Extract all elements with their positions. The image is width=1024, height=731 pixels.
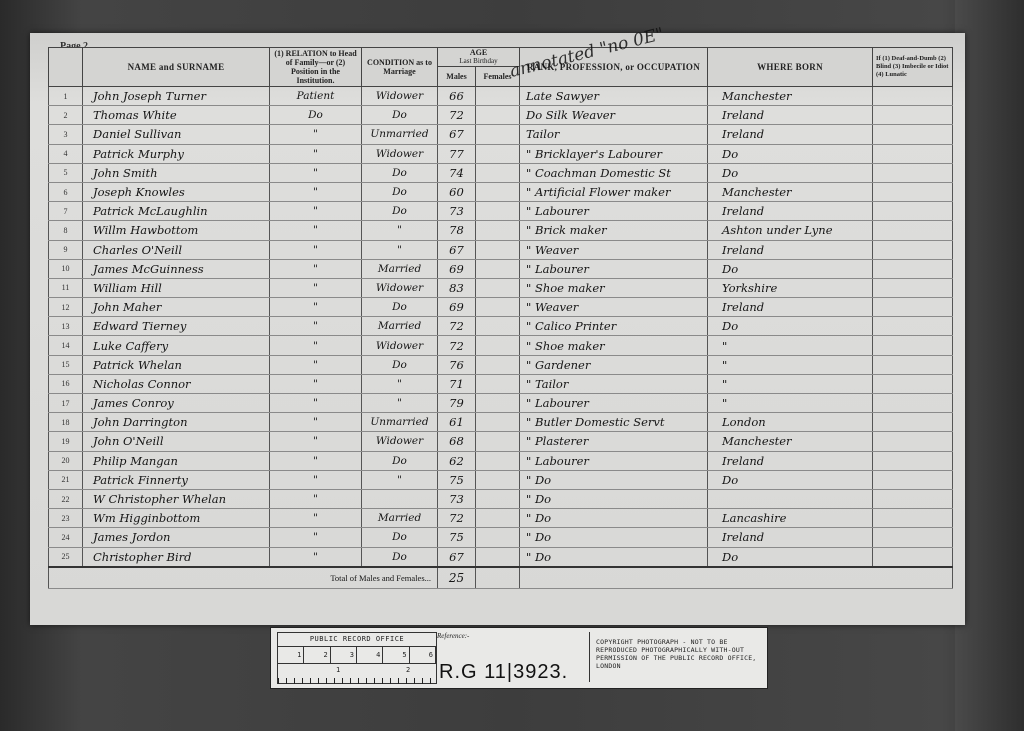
- marital-condition-cell: Widower: [362, 278, 438, 297]
- table-row: 15Patrick Whelan"Do76" Gardener": [49, 355, 953, 374]
- table-row: 18John Darrington"Unmarried61" Butler Do…: [49, 413, 953, 432]
- cm-mark: 3: [331, 647, 357, 663]
- person-name-cell: Willm Hawbottom: [83, 221, 270, 240]
- marital-condition-cell: Married: [362, 317, 438, 336]
- female-age-cell: [476, 470, 520, 489]
- male-age-cell: 67: [438, 547, 476, 567]
- reference-box: Reference:- R.G 11|3923.: [437, 632, 587, 682]
- birthplace-cell: Do: [708, 547, 873, 567]
- male-age-cell: 60: [438, 182, 476, 201]
- relation-cell: ": [270, 432, 362, 451]
- marital-condition-cell: Do: [362, 528, 438, 547]
- female-age-cell: [476, 432, 520, 451]
- infirmity-cell: [873, 163, 953, 182]
- marital-condition-cell: Do: [362, 163, 438, 182]
- table-row: 20Philip Mangan"Do62" LabourerIreland: [49, 451, 953, 470]
- marital-condition-cell: Do: [362, 355, 438, 374]
- reference-value: R.G 11|3923.: [439, 661, 568, 684]
- infirmity-cell: [873, 278, 953, 297]
- marital-condition-cell: Widower: [362, 87, 438, 106]
- birthplace-cell: Ireland: [708, 528, 873, 547]
- relation-cell: ": [270, 413, 362, 432]
- female-age-cell: [476, 125, 520, 144]
- male-age-cell: 79: [438, 394, 476, 413]
- person-name-cell: John Maher: [83, 298, 270, 317]
- header-condition: CONDITION as to Marriage: [362, 48, 438, 87]
- male-age-cell: 78: [438, 221, 476, 240]
- occupation-cell: " Labourer: [520, 451, 708, 470]
- female-age-cell: [476, 413, 520, 432]
- cm-mark: 2: [304, 647, 330, 663]
- person-name-cell: W Christopher Whelan: [83, 489, 270, 508]
- person-name-cell: James McGuinness: [83, 259, 270, 278]
- relation-cell: ": [270, 259, 362, 278]
- relation-cell: ": [270, 547, 362, 567]
- total-label: Total of Males and Females...: [49, 567, 438, 589]
- occupation-cell: " Labourer: [520, 394, 708, 413]
- census-table: NAME and SURNAME (1) RELATION to Head of…: [48, 47, 953, 589]
- relation-cell: ": [270, 509, 362, 528]
- infirmity-cell: [873, 355, 953, 374]
- male-age-cell: 75: [438, 470, 476, 489]
- table-row: 3Daniel Sullivan"Unmarried67TailorIrelan…: [49, 125, 953, 144]
- infirmity-cell: [873, 317, 953, 336]
- row-number-cell: 6: [49, 182, 83, 201]
- birthplace-cell: Do: [708, 317, 873, 336]
- person-name-cell: Joseph Knowles: [83, 182, 270, 201]
- total-row: Total of Males and Females...25: [49, 567, 953, 589]
- reference-label: Reference:-: [437, 632, 587, 640]
- header-relation: (1) RELATION to Head of Family—or (2) Po…: [270, 48, 362, 87]
- male-age-cell: 73: [438, 489, 476, 508]
- relation-cell: ": [270, 182, 362, 201]
- row-number-cell: 23: [49, 509, 83, 528]
- marital-condition-cell: Unmarried: [362, 413, 438, 432]
- birthplace-cell: Manchester: [708, 182, 873, 201]
- marital-condition-cell: Widower: [362, 144, 438, 163]
- occupation-cell: " Do: [520, 547, 708, 567]
- male-age-cell: 75: [438, 528, 476, 547]
- female-age-cell: [476, 221, 520, 240]
- male-age-cell: 72: [438, 317, 476, 336]
- person-name-cell: Daniel Sullivan: [83, 125, 270, 144]
- birthplace-cell: ": [708, 394, 873, 413]
- male-age-cell: 77: [438, 144, 476, 163]
- relation-cell: ": [270, 317, 362, 336]
- table-row: 17James Conroy""79" Labourer": [49, 394, 953, 413]
- table-row: 24James Jordon"Do75" DoIreland: [49, 528, 953, 547]
- copyright-notice: COPYRIGHT PHOTOGRAPH - NOT TO BE REPRODU…: [589, 632, 761, 682]
- marital-condition-cell: ": [362, 374, 438, 393]
- marital-condition-cell: Do: [362, 182, 438, 201]
- marital-condition-cell: Do: [362, 106, 438, 125]
- person-name-cell: Philip Mangan: [83, 451, 270, 470]
- occupation-cell: Do Silk Weaver: [520, 106, 708, 125]
- relation-cell: ": [270, 298, 362, 317]
- occupation-cell: " Shoe maker: [520, 278, 708, 297]
- male-age-cell: 74: [438, 163, 476, 182]
- infirmity-cell: [873, 489, 953, 508]
- row-number-cell: 5: [49, 163, 83, 182]
- header-age-title: AGE: [441, 48, 516, 57]
- person-name-cell: William Hill: [83, 278, 270, 297]
- birthplace-cell: Ireland: [708, 125, 873, 144]
- birthplace-cell: Ireland: [708, 106, 873, 125]
- infirmity-cell: [873, 374, 953, 393]
- female-age-cell: [476, 509, 520, 528]
- census-page: Page 2 811 NAME and SURNAME (1) RELATION…: [30, 33, 965, 625]
- marital-condition-cell: Do: [362, 202, 438, 221]
- marital-condition-cell: Married: [362, 259, 438, 278]
- table-row: 14Luke Caffery"Widower72" Shoe maker": [49, 336, 953, 355]
- birthplace-cell: Ireland: [708, 240, 873, 259]
- table-row: 25Christopher Bird"Do67" DoDo: [49, 547, 953, 567]
- marital-condition-cell: Do: [362, 298, 438, 317]
- header-row-number: [49, 48, 83, 87]
- marital-condition-cell: ": [362, 470, 438, 489]
- infirmity-cell: [873, 221, 953, 240]
- row-number-cell: 14: [49, 336, 83, 355]
- person-name-cell: John Darrington: [83, 413, 270, 432]
- table-row: 2Thomas WhiteDoDo72Do Silk WeaverIreland: [49, 106, 953, 125]
- table-row: 8Willm Hawbottom""78" Brick makerAshton …: [49, 221, 953, 240]
- header-where-born: WHERE BORN: [708, 48, 873, 87]
- occupation-cell: " Labourer: [520, 259, 708, 278]
- occupation-cell: " Bricklayer's Labourer: [520, 144, 708, 163]
- relation-cell: ": [270, 489, 362, 508]
- male-age-cell: 61: [438, 413, 476, 432]
- male-age-cell: 72: [438, 509, 476, 528]
- birthplace-cell: [708, 489, 873, 508]
- relation-cell: ": [270, 374, 362, 393]
- infirmity-cell: [873, 240, 953, 259]
- occupation-cell: " Calico Printer: [520, 317, 708, 336]
- birthplace-cell: Lancashire: [708, 509, 873, 528]
- relation-cell: ": [270, 240, 362, 259]
- occupation-cell: " Shoe maker: [520, 336, 708, 355]
- female-age-cell: [476, 259, 520, 278]
- table-row: 19John O'Neill"Widower68" PlastererManch…: [49, 432, 953, 451]
- record-office-title: PUBLIC RECORD OFFICE: [278, 633, 436, 647]
- relation-cell: ": [270, 394, 362, 413]
- row-number-cell: 19: [49, 432, 83, 451]
- birthplace-cell: ": [708, 355, 873, 374]
- relation-cell: ": [270, 163, 362, 182]
- occupation-cell: " Weaver: [520, 298, 708, 317]
- person-name-cell: John Joseph Turner: [83, 87, 270, 106]
- birthplace-cell: Yorkshire: [708, 278, 873, 297]
- male-age-cell: 62: [438, 451, 476, 470]
- birthplace-cell: Ireland: [708, 298, 873, 317]
- birthplace-cell: Ireland: [708, 451, 873, 470]
- infirmity-cell: [873, 182, 953, 201]
- birthplace-cell: Ireland: [708, 202, 873, 221]
- occupation-cell: " Gardener: [520, 355, 708, 374]
- infirmity-cell: [873, 87, 953, 106]
- row-number-cell: 2: [49, 106, 83, 125]
- marital-condition-cell: ": [362, 240, 438, 259]
- occupation-cell: " Labourer: [520, 202, 708, 221]
- occupation-cell: " Butler Domestic Servt: [520, 413, 708, 432]
- male-age-cell: 71: [438, 374, 476, 393]
- relation-cell: ": [270, 336, 362, 355]
- infirmity-cell: [873, 470, 953, 489]
- male-age-cell: 76: [438, 355, 476, 374]
- row-number-cell: 13: [49, 317, 83, 336]
- infirmity-cell: [873, 298, 953, 317]
- female-age-cell: [476, 182, 520, 201]
- female-age-cell: [476, 528, 520, 547]
- birthplace-cell: Ashton under Lyne: [708, 221, 873, 240]
- cm-scale: 1 2 3 4 5 6: [278, 647, 436, 664]
- female-age-cell: [476, 278, 520, 297]
- table-row: 16Nicholas Connor""71" Tailor": [49, 374, 953, 393]
- infirmity-cell: [873, 413, 953, 432]
- birthplace-cell: Manchester: [708, 87, 873, 106]
- table-row: 5John Smith"Do74" Coachman Domestic StDo: [49, 163, 953, 182]
- female-age-cell: [476, 489, 520, 508]
- female-age-cell: [476, 202, 520, 221]
- relation-cell: ": [270, 144, 362, 163]
- row-number-cell: 20: [49, 451, 83, 470]
- cm-mark: 4: [357, 647, 383, 663]
- person-name-cell: Luke Caffery: [83, 336, 270, 355]
- infirmity-cell: [873, 336, 953, 355]
- relation-cell: ": [270, 355, 362, 374]
- female-age-cell: [476, 298, 520, 317]
- male-age-cell: 67: [438, 240, 476, 259]
- table-row: 10James McGuinness"Married69" LabourerDo: [49, 259, 953, 278]
- cm-mark: 5: [383, 647, 409, 663]
- occupation-cell: " Do: [520, 470, 708, 489]
- occupation-cell: Tailor: [520, 125, 708, 144]
- person-name-cell: Patrick Finnerty: [83, 470, 270, 489]
- occupation-cell: " Coachman Domestic St: [520, 163, 708, 182]
- relation-cell: ": [270, 528, 362, 547]
- male-age-cell: 68: [438, 432, 476, 451]
- cm-mark: 6: [410, 647, 436, 663]
- cm-mark: 1: [278, 647, 304, 663]
- table-row: 1John Joseph TurnerPatientWidower66Late …: [49, 87, 953, 106]
- table-row: 21Patrick Finnerty""75" DoDo: [49, 470, 953, 489]
- reference-card: PUBLIC RECORD OFFICE 1 2 3 4 5 6 1 2 Ref…: [270, 627, 768, 689]
- female-age-cell: [476, 394, 520, 413]
- occupation-cell: " Do: [520, 528, 708, 547]
- female-age-cell: [476, 451, 520, 470]
- relation-cell: ": [270, 125, 362, 144]
- infirmity-cell: [873, 106, 953, 125]
- infirmity-cell: [873, 432, 953, 451]
- row-number-cell: 16: [49, 374, 83, 393]
- row-number-cell: 21: [49, 470, 83, 489]
- table-row: 9Charles O'Neill""67" WeaverIreland: [49, 240, 953, 259]
- person-name-cell: James Conroy: [83, 394, 270, 413]
- occupation-cell: Late Sawyer: [520, 87, 708, 106]
- male-age-cell: 69: [438, 259, 476, 278]
- marital-condition-cell: Do: [362, 451, 438, 470]
- relation-cell: ": [270, 202, 362, 221]
- relation-cell: ": [270, 470, 362, 489]
- relation-cell: Do: [270, 106, 362, 125]
- table-row: 12John Maher"Do69" WeaverIreland: [49, 298, 953, 317]
- relation-cell: ": [270, 221, 362, 240]
- male-age-cell: 67: [438, 125, 476, 144]
- person-name-cell: Patrick Whelan: [83, 355, 270, 374]
- male-age-cell: 72: [438, 106, 476, 125]
- infirmity-cell: [873, 259, 953, 278]
- marital-condition-cell: ": [362, 394, 438, 413]
- header-age: AGE Last Birthday: [438, 48, 520, 67]
- row-number-cell: 25: [49, 547, 83, 567]
- row-number-cell: 8: [49, 221, 83, 240]
- female-age-cell: [476, 317, 520, 336]
- person-name-cell: Patrick McLaughlin: [83, 202, 270, 221]
- person-name-cell: James Jordon: [83, 528, 270, 547]
- table-row: 22W Christopher Whelan"73" Do: [49, 489, 953, 508]
- female-age-cell: [476, 355, 520, 374]
- table-row: 6Joseph Knowles"Do60" Artificial Flower …: [49, 182, 953, 201]
- scan-background-edge: [955, 0, 1024, 731]
- row-number-cell: 15: [49, 355, 83, 374]
- male-age-cell: 66: [438, 87, 476, 106]
- row-number-cell: 10: [49, 259, 83, 278]
- row-number-cell: 7: [49, 202, 83, 221]
- female-age-cell: [476, 106, 520, 125]
- infirmity-cell: [873, 144, 953, 163]
- row-number-cell: 18: [49, 413, 83, 432]
- row-number-cell: 1: [49, 87, 83, 106]
- infirmity-cell: [873, 547, 953, 567]
- occupation-cell: " Weaver: [520, 240, 708, 259]
- row-number-cell: 9: [49, 240, 83, 259]
- inch-ruler: 1 2: [278, 664, 436, 684]
- infirmity-cell: [873, 451, 953, 470]
- total-males: 25: [438, 567, 476, 589]
- table-row: 7Patrick McLaughlin"Do73" LabourerIrelan…: [49, 202, 953, 221]
- header-name: NAME and SURNAME: [83, 48, 270, 87]
- relation-cell: ": [270, 451, 362, 470]
- person-name-cell: Edward Tierney: [83, 317, 270, 336]
- person-name-cell: John O'Neill: [83, 432, 270, 451]
- person-name-cell: Christopher Bird: [83, 547, 270, 567]
- inch-mark: 2: [406, 666, 410, 674]
- female-age-cell: [476, 240, 520, 259]
- row-number-cell: 4: [49, 144, 83, 163]
- birthplace-cell: Do: [708, 470, 873, 489]
- header-males: Males: [438, 67, 476, 87]
- occupation-cell: " Plasterer: [520, 432, 708, 451]
- marital-condition-cell: ": [362, 221, 438, 240]
- infirmity-cell: [873, 125, 953, 144]
- marital-condition-cell: Do: [362, 547, 438, 567]
- person-name-cell: Patrick Murphy: [83, 144, 270, 163]
- relation-cell: ": [270, 278, 362, 297]
- row-number-cell: 24: [49, 528, 83, 547]
- birthplace-cell: Do: [708, 144, 873, 163]
- birthplace-cell: Manchester: [708, 432, 873, 451]
- relation-cell: Patient: [270, 87, 362, 106]
- person-name-cell: Charles O'Neill: [83, 240, 270, 259]
- table-row: 23Wm Higginbottom"Married72" DoLancashir…: [49, 509, 953, 528]
- female-age-cell: [476, 547, 520, 567]
- table-row: 11William Hill"Widower83" Shoe makerYork…: [49, 278, 953, 297]
- infirmity-cell: [873, 202, 953, 221]
- male-age-cell: 69: [438, 298, 476, 317]
- birthplace-cell: ": [708, 374, 873, 393]
- marital-condition-cell: [362, 489, 438, 508]
- total-blank: [520, 567, 953, 589]
- person-name-cell: Nicholas Connor: [83, 374, 270, 393]
- female-age-cell: [476, 374, 520, 393]
- marital-condition-cell: Widower: [362, 336, 438, 355]
- infirmity-cell: [873, 528, 953, 547]
- birthplace-cell: Do: [708, 163, 873, 182]
- marital-condition-cell: Married: [362, 509, 438, 528]
- row-number-cell: 12: [49, 298, 83, 317]
- table-row: 13Edward Tierney"Married72" Calico Print…: [49, 317, 953, 336]
- occupation-cell: " Do: [520, 489, 708, 508]
- female-age-cell: [476, 336, 520, 355]
- row-number-cell: 3: [49, 125, 83, 144]
- header-age-sub: Last Birthday: [441, 57, 516, 66]
- female-age-cell: [476, 144, 520, 163]
- header-infirmity: If (1) Deaf-and-Dumb (2) Blind (3) Imbec…: [873, 48, 953, 87]
- person-name-cell: Thomas White: [83, 106, 270, 125]
- record-office-scale: PUBLIC RECORD OFFICE 1 2 3 4 5 6 1 2: [277, 632, 437, 684]
- person-name-cell: John Smith: [83, 163, 270, 182]
- male-age-cell: 72: [438, 336, 476, 355]
- row-number-cell: 17: [49, 394, 83, 413]
- row-number-cell: 11: [49, 278, 83, 297]
- female-age-cell: [476, 87, 520, 106]
- occupation-cell: " Do: [520, 509, 708, 528]
- male-age-cell: 73: [438, 202, 476, 221]
- marital-condition-cell: Widower: [362, 432, 438, 451]
- male-age-cell: 83: [438, 278, 476, 297]
- inch-mark: 1: [336, 666, 340, 674]
- female-age-cell: [476, 163, 520, 182]
- birthplace-cell: London: [708, 413, 873, 432]
- birthplace-cell: ": [708, 336, 873, 355]
- infirmity-cell: [873, 509, 953, 528]
- birthplace-cell: Do: [708, 259, 873, 278]
- infirmity-cell: [873, 394, 953, 413]
- marital-condition-cell: Unmarried: [362, 125, 438, 144]
- occupation-cell: " Tailor: [520, 374, 708, 393]
- person-name-cell: Wm Higginbottom: [83, 509, 270, 528]
- occupation-cell: " Brick maker: [520, 221, 708, 240]
- table-row: 4Patrick Murphy"Widower77" Bricklayer's …: [49, 144, 953, 163]
- row-number-cell: 22: [49, 489, 83, 508]
- total-females: [476, 567, 520, 589]
- occupation-cell: " Artificial Flower maker: [520, 182, 708, 201]
